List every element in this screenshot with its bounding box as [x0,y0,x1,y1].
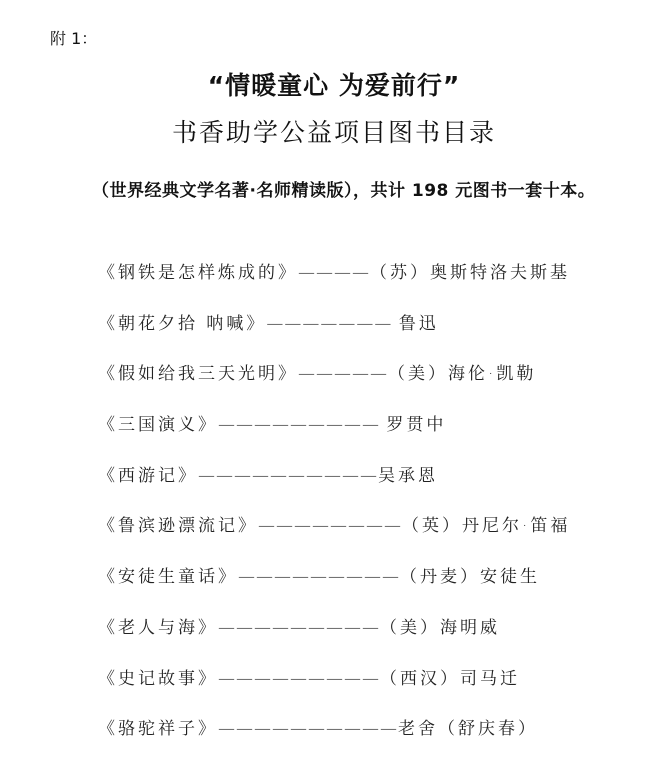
dash-leader: —————————— [218,719,398,739]
book-title: 《骆驼祥子》 [98,719,218,739]
book-author: （西汉）司马迁 [380,669,520,689]
dash-leader: ———————— [258,516,402,536]
book-item: 《史记故事》—————————（西汉）司马迁 [98,664,570,715]
book-title: 《老人与海》 [98,618,218,638]
book-list: 《钢铁是怎样炼成的》————（苏）奥斯特洛夫斯基 《朝花夕拾 呐喊》——————… [98,258,570,765]
book-author: 吴承恩 [378,466,438,486]
document-title: “情暖童心 为爱前行” [0,66,668,102]
dash-leader: —————————— [198,466,378,486]
book-title: 《三国演义》 [98,415,218,435]
document-subtitle: 书香助学公益项目图书目录 [0,113,668,149]
book-title: 《朝花夕拾 呐喊》 [98,314,266,334]
book-author: 鲁迅 [399,314,439,334]
dash-leader: ———— [298,263,370,283]
book-title: 《史记故事》 [98,669,218,689]
dash-leader: ——————— [266,314,398,334]
book-author: （丹麦）安徒生 [400,567,540,587]
book-author: 罗贯中 [386,415,446,435]
book-item: 《钢铁是怎样炼成的》————（苏）奥斯特洛夫斯基 [98,258,570,309]
book-title: 《鲁滨逊漂流记》 [98,516,258,536]
book-item: 《朝花夕拾 呐喊》——————— 鲁迅 [98,309,570,360]
dash-leader: ————————— [218,669,380,689]
book-author: （英）丹尼尔·笛福 [402,516,570,536]
dash-leader: ————————— [238,567,400,587]
book-author: （苏）奥斯特洛夫斯基 [370,263,570,283]
book-title: 《安徒生童话》 [98,567,238,587]
book-author: （美）海明威 [380,618,500,638]
book-item: 《安徒生童话》—————————（丹麦）安徒生 [98,562,570,613]
book-item: 《三国演义》————————— 罗贯中 [98,410,570,461]
book-item: 《鲁滨逊漂流记》————————（英）丹尼尔·笛福 [98,511,570,562]
dash-leader: ————— [298,364,388,384]
book-title: 《钢铁是怎样炼成的》 [98,263,298,283]
intro-paragraph: （世界经典文学名著·名师精读版），共计 198 元图书一套十本。 [50,172,610,210]
dash-leader: ————————— [218,618,380,638]
appendix-label: 附 1： [50,26,97,49]
book-author: 老舍（舒庆春） [398,719,538,739]
book-author: （美）海伦·凯勒 [388,364,536,384]
dash-leader: ————————— [218,415,386,435]
book-item: 《老人与海》—————————（美）海明威 [98,613,570,664]
book-item: 《假如给我三天光明》—————（美）海伦·凯勒 [98,359,570,410]
book-title: 《西游记》 [98,466,198,486]
book-item: 《骆驼祥子》——————————老舍（舒庆春） [98,714,570,765]
book-item: 《西游记》——————————吴承恩 [98,461,570,512]
book-title: 《假如给我三天光明》 [98,364,298,384]
